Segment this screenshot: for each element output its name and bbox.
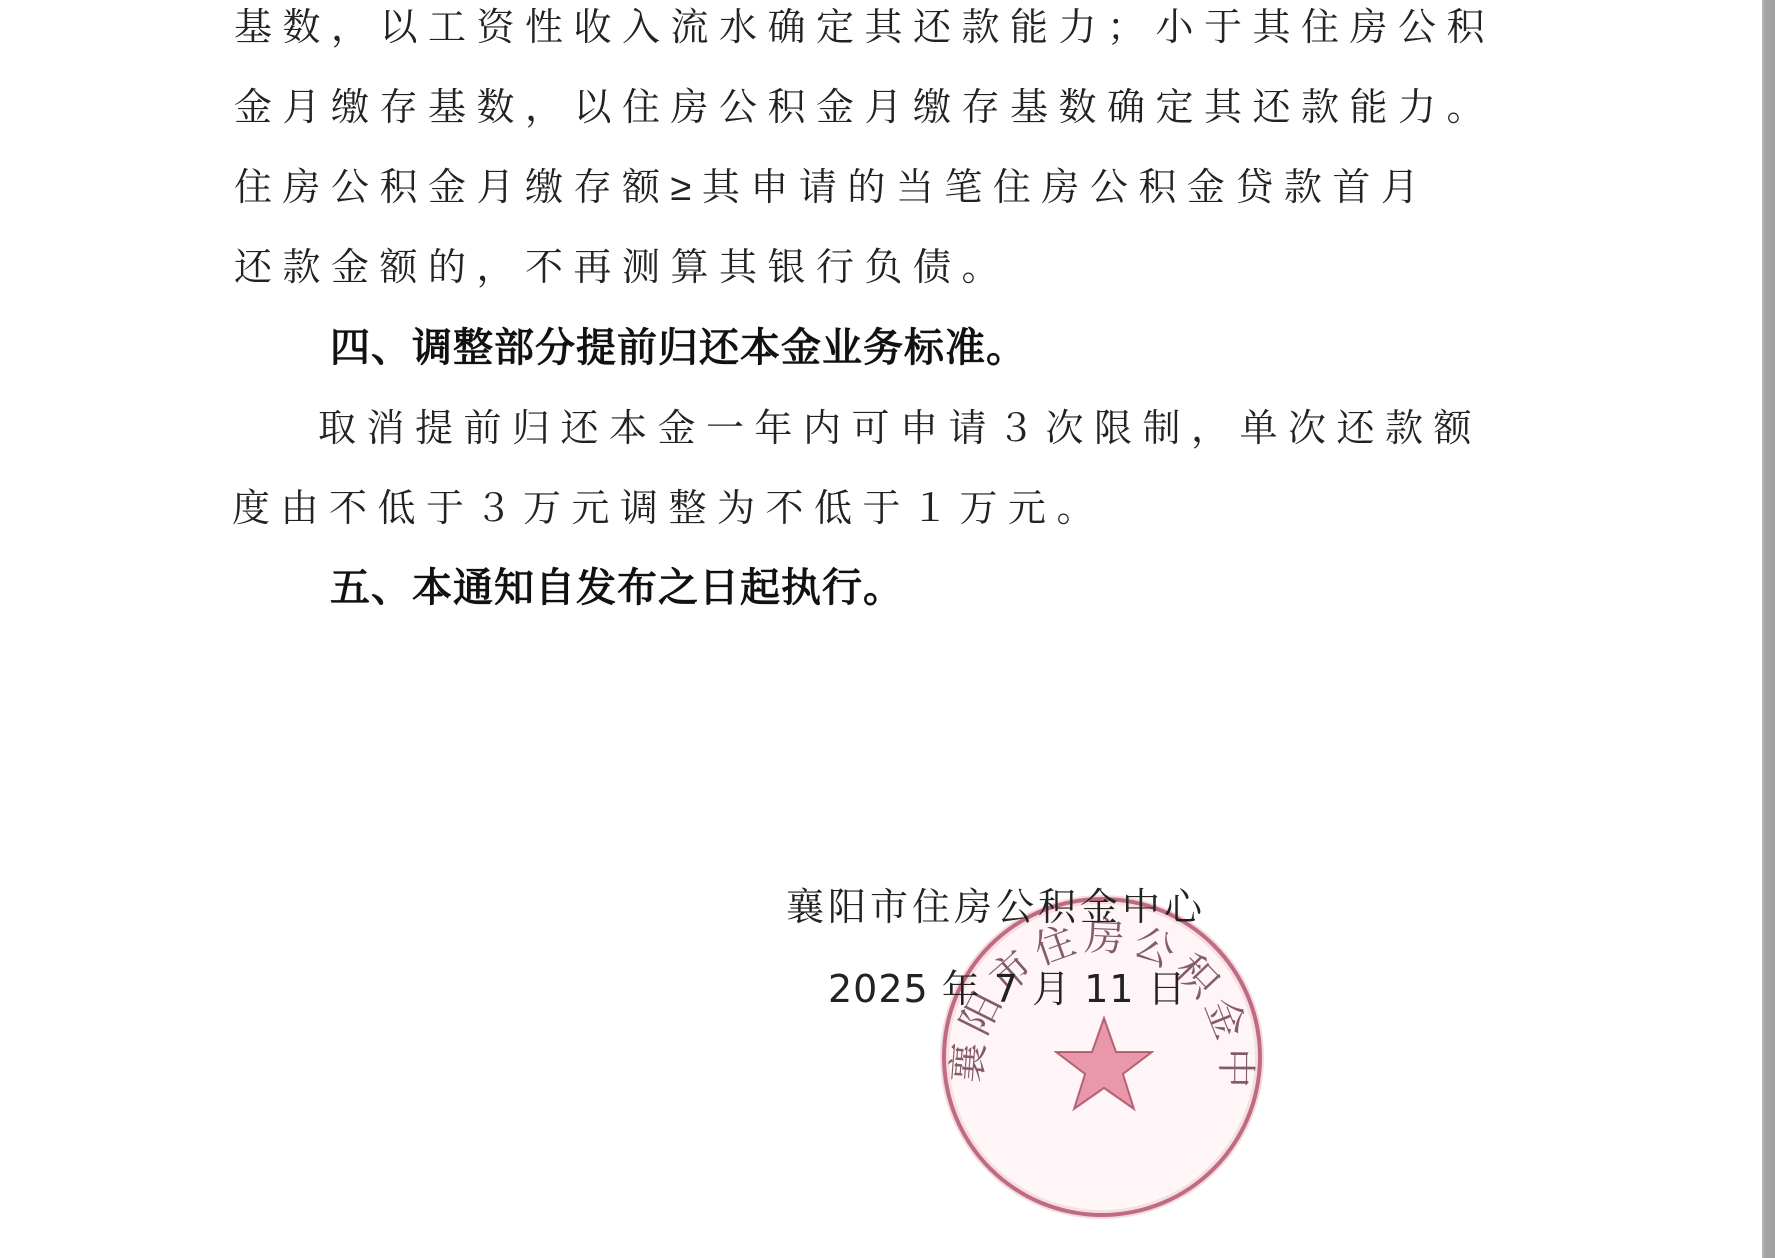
section-5-heading: 五、本通知自发布之日起执行。	[330, 565, 904, 611]
issue-date: 2025 年 7 月 11 日	[828, 966, 1187, 1012]
section-4-line-1: 取消提前归还本金一年内可申请３次限制，单次还款额	[318, 405, 1482, 451]
issuing-organization: 襄阳市住房公积金中心	[786, 884, 1206, 930]
body-line-3: 住房公积金月缴存额≥其申请的当笔住房公积金贷款首月	[234, 164, 1429, 210]
body-line-4: 还款金额的，不再测算其银行负债。	[234, 244, 1010, 290]
section-4-heading: 四、调整部分提前归还本金业务标准。	[330, 325, 1027, 371]
document-page: 襄阳市住房公积金中心 基数，以工资性收入流水确定其还款能力；小于其住房公积 金月…	[0, 0, 1762, 1258]
body-line-1: 基数，以工资性收入流水确定其还款能力；小于其住房公积	[234, 4, 1495, 50]
page-edge-shadow	[1762, 0, 1775, 1258]
section-4-line-2: 度由不低于３万元调整为不低于１万元。	[232, 485, 1105, 531]
body-line-2: 金月缴存基数，以住房公积金月缴存基数确定其还款能力。	[234, 84, 1495, 130]
